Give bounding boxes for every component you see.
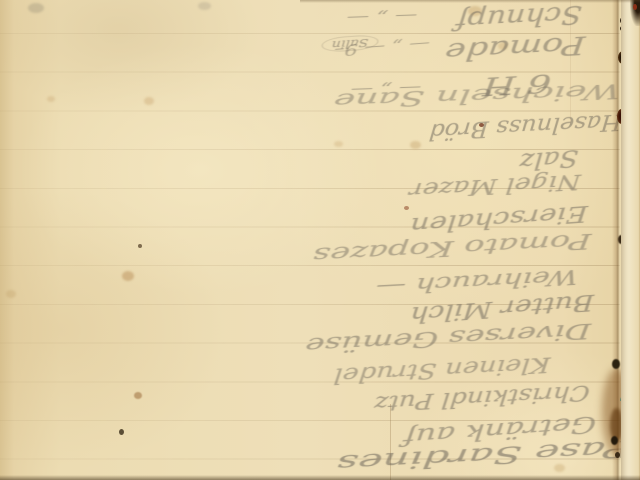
handwritten-line: — „ — (317, 6, 448, 30)
handwriting-layer: Schnupf— „ —Pomade— „ — 9–Salin6 H— „ —W… (0, 0, 640, 480)
red-speck (633, 4, 637, 10)
top-edge-shadow (300, 0, 640, 3)
notebook-scan: Schnupf— „ —Pomade— „ — 9–Salin6 H— „ —W… (0, 0, 640, 480)
stitch-hole (612, 359, 620, 369)
handwritten-line: Schnupf (454, 0, 584, 35)
stitch-hole (611, 436, 618, 445)
adjacent-page-edge (621, 0, 640, 480)
handwritten-line: Pomade (434, 30, 596, 68)
handwritten-line: Haselnuss Bröd (441, 108, 623, 143)
stitch-hole (615, 452, 620, 458)
bottom-edge-shadow (0, 475, 640, 480)
handwritten-line: Nigel Mazer (399, 169, 591, 203)
